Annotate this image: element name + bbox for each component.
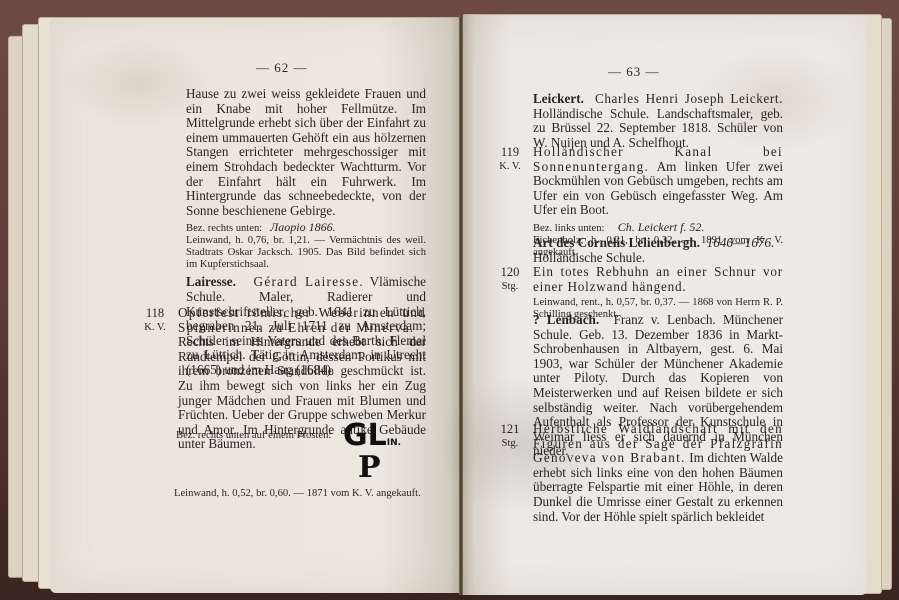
entry-121: Herbstliche Waldlandschaft mit den Figur…	[533, 422, 783, 524]
catalog-number: 121	[501, 422, 520, 436]
inventory-mark: K. V.	[491, 160, 529, 175]
monogram-in: IN.	[387, 438, 401, 448]
entry-provenance: Leinwand, h. 0,52, br. 0,60. — 1871 vom …	[174, 488, 421, 500]
inventory-mark: Stg.	[491, 280, 529, 295]
entry-signature-label: Bez. rechts unten auf einem Pfosten:	[176, 430, 331, 442]
artist-full-name: Franz v. Lenbach.	[614, 312, 716, 327]
artist-dates: 1646—1676.	[707, 235, 775, 250]
monogram-signature-p: P	[358, 450, 381, 485]
catalog-number: 120	[501, 265, 520, 279]
page-number-right: — 63 —	[608, 64, 660, 80]
inventory-mark: K. V.	[136, 321, 174, 336]
entry-signature-line: Bez. links unten: Ch. Leickert f. 52.	[533, 221, 783, 235]
artist-short-name: Lairesse.	[186, 274, 236, 289]
monogram-p: P	[358, 450, 381, 485]
monogram-signature: GLIN.	[343, 421, 401, 451]
entry-title: Ein totes Rebhuhn an einer Schnur vor ei…	[533, 265, 783, 294]
entry-title: Opferfest römischer Weberinnen und Spinn…	[178, 306, 426, 335]
signature-text: Ch. Leickert f. 52.	[618, 220, 705, 234]
artist-short-name: Leickert.	[533, 91, 584, 106]
artist-full-name: Charles Henri Joseph Leickert.	[595, 91, 783, 106]
catalog-number: 119	[501, 145, 519, 159]
entry-number-119: 119 K. V.	[491, 145, 529, 174]
signature-text: Лаорio 1866.	[270, 220, 335, 234]
signature-label: Bez. links unten:	[533, 223, 605, 234]
signature-label: Bez. rechts unten:	[186, 223, 262, 234]
continuation-text: Hause zu zwei weiss gekleidete Frauen un…	[186, 87, 426, 218]
continuation-provenance: Leinwand, h. 0,76, br. 1,21. — Vermächtn…	[186, 235, 426, 271]
book-gutter	[459, 15, 463, 595]
artist-short-name: Art des Cornelis Lelienbergh.	[533, 235, 700, 250]
artist-full-name: Gérard Lairesse.	[254, 274, 365, 289]
open-book: — 62 — Hause zu zwei weiss gekleidete Fr…	[0, 0, 899, 600]
artist-bio: Holländische Schule.	[533, 251, 783, 266]
artist-lelienbergh: Art des Cornelis Lelienbergh. 1646—1676.…	[533, 236, 783, 265]
artist-short-name: ? Lenbach.	[533, 312, 599, 327]
inventory-mark: Stg.	[491, 437, 529, 452]
page-number-left: — 62 —	[256, 60, 308, 76]
artist-leickert: Leickert. Charles Henri Joseph Leickert.…	[533, 92, 783, 150]
catalog-number: 118	[146, 306, 164, 320]
monogram-gl: GL	[343, 418, 387, 453]
entry-number-118: 118 K. V.	[136, 306, 174, 335]
entry-number-121: 121 Stg.	[491, 422, 529, 451]
continuation-signature-line: Bez. rechts unten: Лаорio 1866.	[186, 221, 426, 235]
entry-number-120: 120 Stg.	[491, 265, 529, 294]
